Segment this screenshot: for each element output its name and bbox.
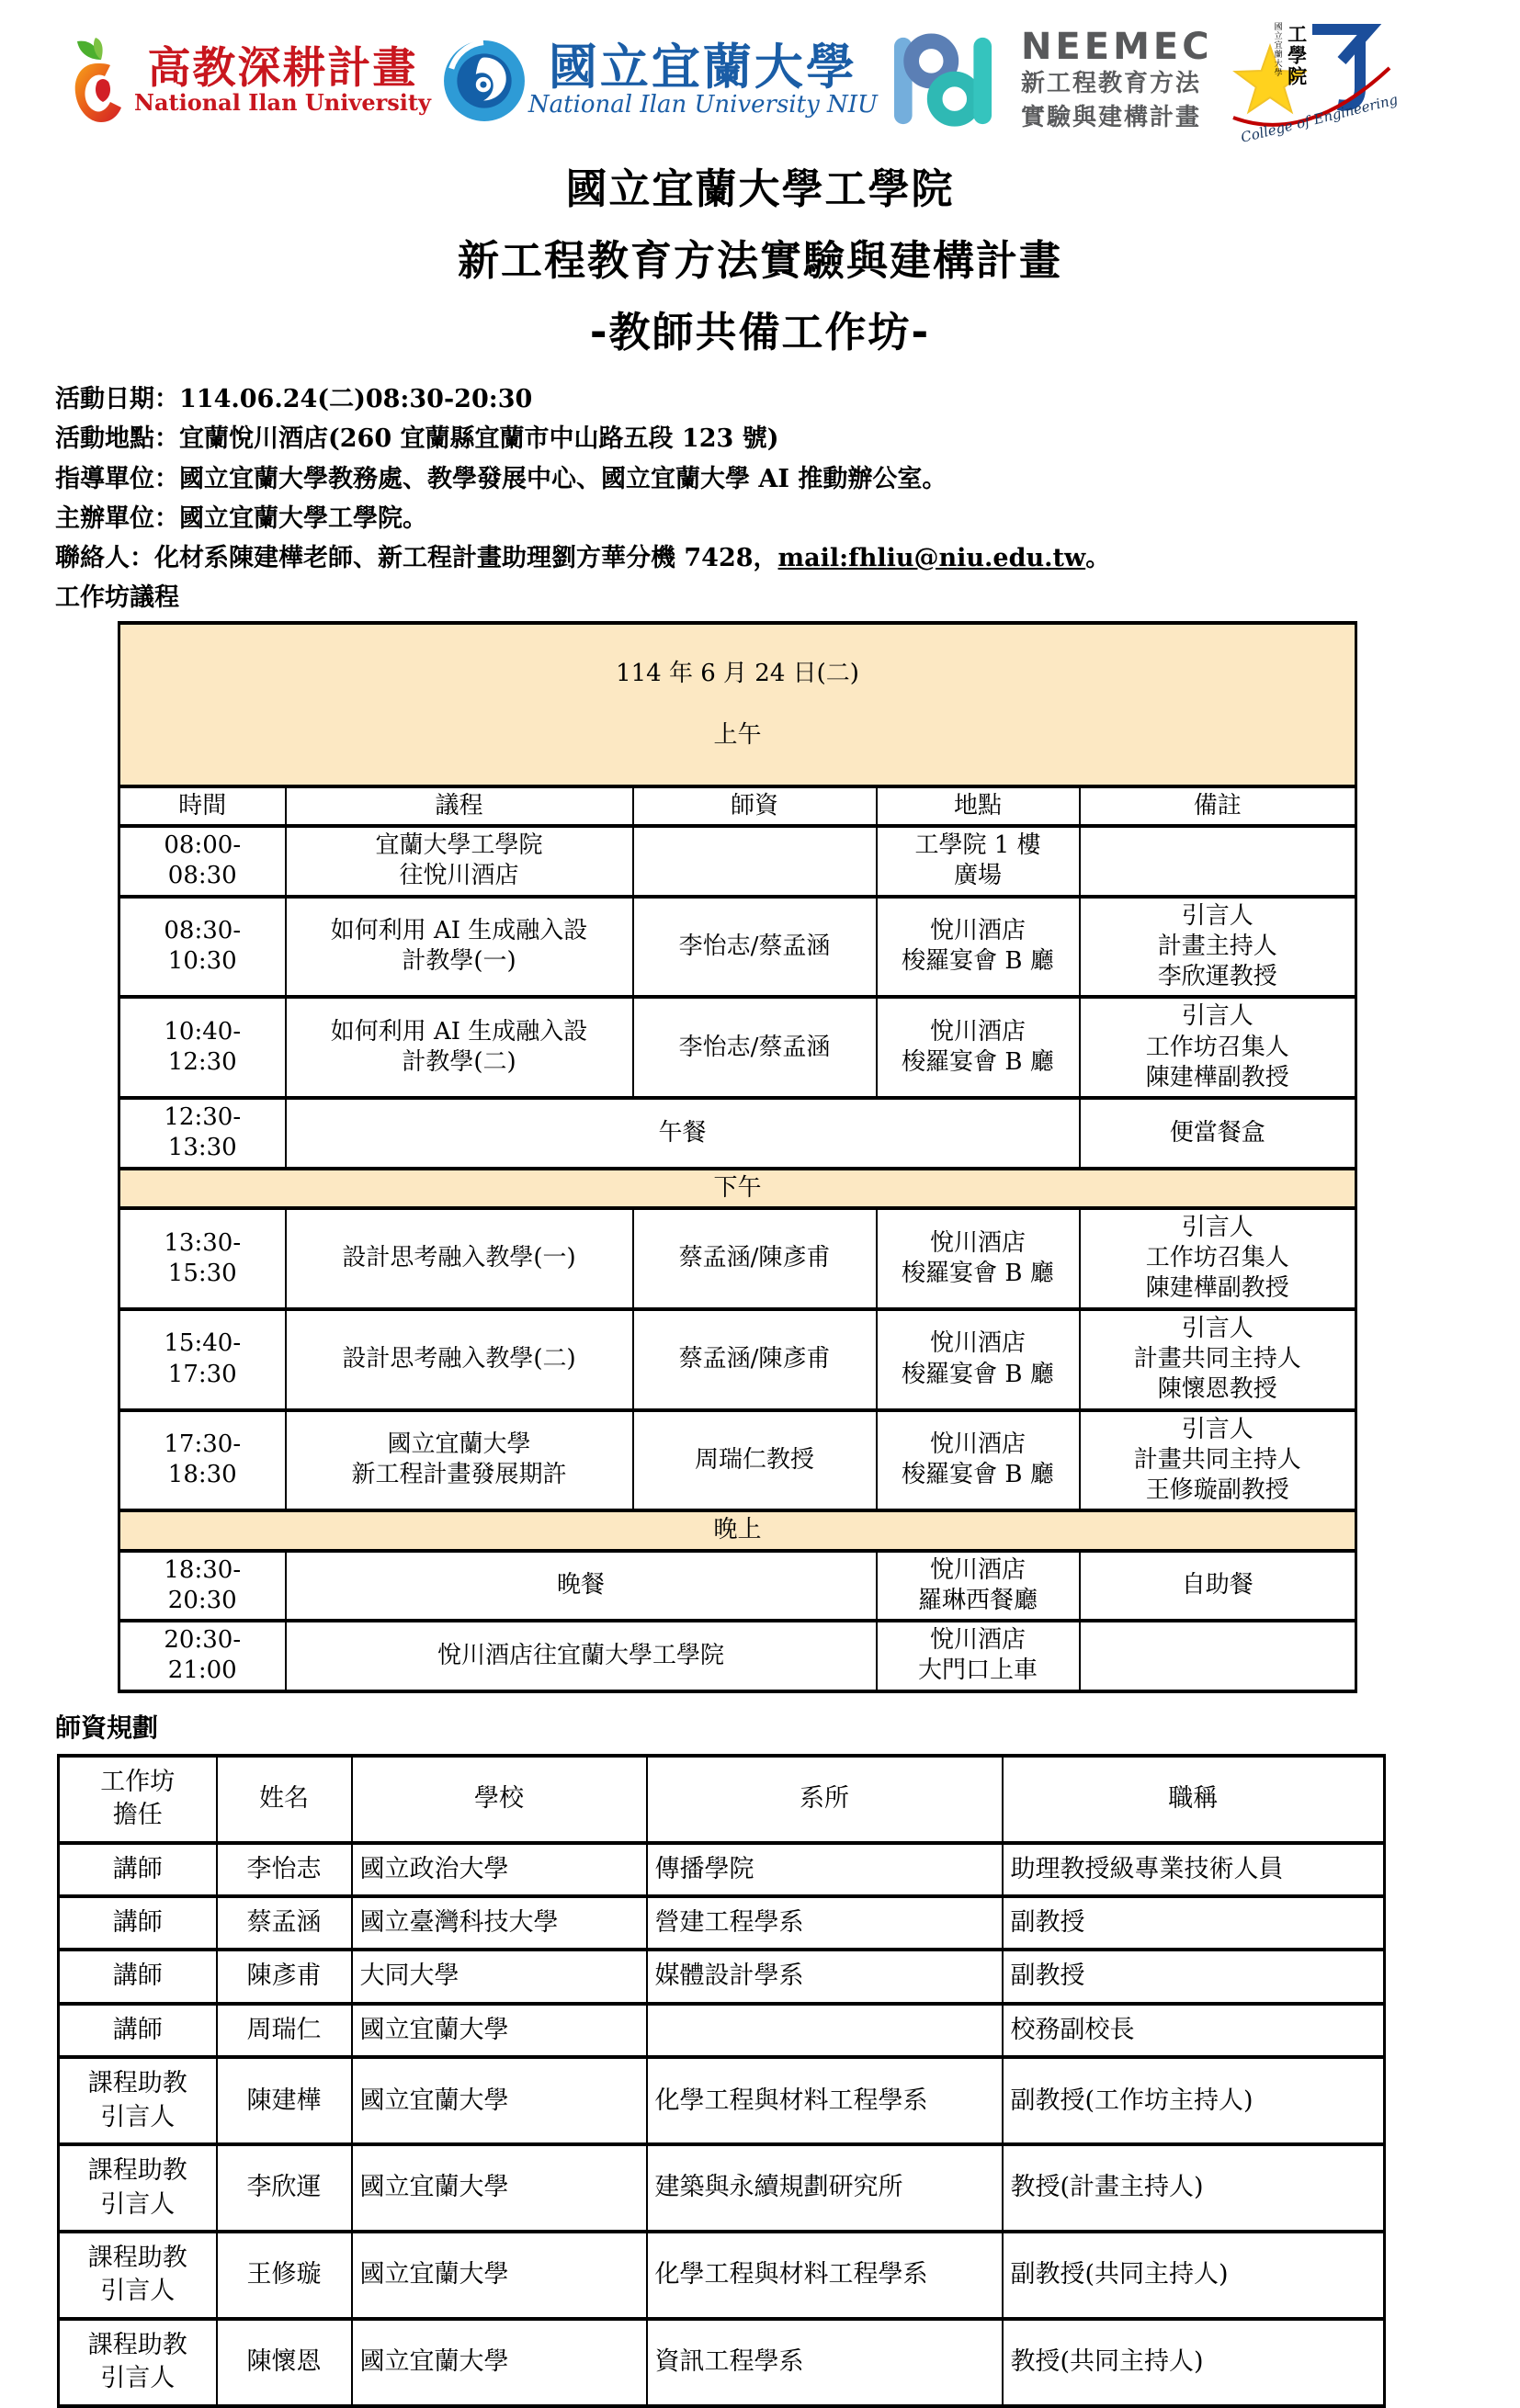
contact-suffix: 。 (1085, 544, 1110, 572)
name-cell: 蔡孟涵 (217, 1896, 352, 1950)
agenda-cell: 如何利用 AI 生成融入設 計教學(一) (286, 897, 633, 998)
faculty-row: 講師 周瑞仁 國立宜蘭大學 校務副校長 (59, 2004, 1385, 2057)
name-cell: 李怡志 (217, 1843, 352, 1896)
section-afternoon-label: 下午 (119, 1169, 1356, 1208)
document-titles: 國立宜蘭大學工學院 新工程教育方法實驗與建構計畫 -教師共備工作坊- (0, 165, 1520, 356)
venue-cell: 悅川酒店 梭羅宴會 B 廳 (877, 1309, 1080, 1410)
info-advisor: 指導單位：國立宜蘭大學教務處、教學發展中心、國立宜蘭大學 AI 推動辦公室。 (55, 459, 1465, 499)
name-cell: 王修璇 (217, 2232, 352, 2319)
doc-title-college: 國立宜蘭大學工學院 (0, 165, 1520, 213)
title-cell: 副教授(工作坊主持人) (1003, 2057, 1385, 2144)
speaker-cell: 蔡孟涵/陳彥甫 (633, 1309, 877, 1410)
pd-logo-icon (889, 30, 997, 131)
faculty-header-row: 工作坊 擔任 姓名 學校 系所 職稱 (59, 1756, 1385, 1843)
speaker-cell: 周瑞仁教授 (633, 1410, 877, 1511)
col-header-dept: 系所 (647, 1756, 1003, 1843)
schedule-row: 08:30- 10:30 如何利用 AI 生成融入設 計教學(一) 李怡志/蔡孟… (119, 897, 1356, 998)
niu-logo-title: 國立宜蘭大學 (549, 43, 857, 92)
col-header-name: 姓名 (217, 1756, 352, 1843)
col-header-time: 時間 (119, 786, 286, 826)
niu-logo: 國立宜蘭大學 National Ilan University NIU (442, 39, 878, 123)
agenda-cell: 如何利用 AI 生成融入設 計教學(二) (286, 997, 633, 1098)
name-cell: 陳建樺 (217, 2057, 352, 2144)
school-cell: 國立宜蘭大學 (352, 2144, 647, 2232)
note-cell: 引言人 工作坊召集人 陳建樺副教授 (1080, 997, 1356, 1098)
name-cell: 陳懷恩 (217, 2319, 352, 2406)
agenda-cell: 午餐 (286, 1098, 1080, 1169)
title-cell: 教授(計畫主持人) (1003, 2144, 1385, 2232)
note-cell: 自助餐 (1080, 1551, 1356, 1622)
note-cell: 引言人 計畫主持人 李欣運教授 (1080, 897, 1356, 998)
schedule-header-row: 時間 議程 師資 地點 備註 (119, 786, 1356, 826)
hep-logo-subtitle: National Ilan University (134, 91, 431, 115)
apple-icon (70, 37, 127, 125)
dept-cell: 資訊工程學系 (647, 2319, 1003, 2406)
speaker-cell (633, 826, 877, 897)
faculty-row: 講師 陳彥甫 大同大學 媒體設計學系 副教授 (59, 1950, 1385, 2003)
doc-title-program: 新工程教育方法實驗與建構計畫 (0, 237, 1520, 285)
agenda-cell: 設計思考融入教學(二) (286, 1309, 633, 1410)
time-cell: 20:30- 21:00 (119, 1621, 286, 1691)
venue-cell: 悅川酒店 梭羅宴會 B 廳 (877, 1208, 1080, 1309)
school-cell: 國立政治大學 (352, 1843, 647, 1896)
schedule-row: 17:30- 18:30 國立宜蘭大學 新工程計畫發展期許 周瑞仁教授 悅川酒店… (119, 1410, 1356, 1511)
section-morning-label: 上午 (122, 720, 1353, 752)
schedule-row: 10:40- 12:30 如何利用 AI 生成融入設 計教學(二) 李怡志/蔡孟… (119, 997, 1356, 1098)
schedule-row: 20:30- 21:00 悅川酒店往宜蘭大學工學院 悅川酒店 大門口上車 (119, 1621, 1356, 1691)
role-cell: 講師 (59, 1950, 217, 2003)
neemec-logo-line2: 實驗與建構計畫 (1021, 102, 1213, 134)
time-cell: 13:30- 15:30 (119, 1208, 286, 1309)
time-cell: 08:00- 08:30 (119, 826, 286, 897)
time-cell: 15:40- 17:30 (119, 1309, 286, 1410)
col-header-agenda: 議程 (286, 786, 633, 826)
header-logos: 高教深耕計畫 National Ilan University 國立宜蘭大學 N… (70, 20, 1520, 141)
document-page: { "header": { "hep": { "title": "高教深耕計畫"… (0, 0, 1520, 2408)
faculty-heading: 師資規劃 (55, 1708, 1520, 1745)
title-cell: 助理教授級專業技術人員 (1003, 1843, 1385, 1896)
faculty-row: 課程助教 引言人 陳建樺 國立宜蘭大學 化學工程與材料工程學系 副教授(工作坊主… (59, 2057, 1385, 2144)
venue-cell: 悅川酒店 大門口上車 (877, 1621, 1080, 1691)
schedule-date-band-row: 114 年 6 月 24 日(二) 上午 (119, 623, 1356, 786)
faculty-row: 課程助教 引言人 李欣運 國立宜蘭大學 建築與永續規劃研究所 教授(計畫主持人) (59, 2144, 1385, 2232)
agenda-heading: 工作坊議程 (55, 578, 1465, 617)
neemec-logo-line1: 新工程教育方法 (1021, 68, 1213, 100)
speaker-cell: 蔡孟涵/陳彥甫 (633, 1208, 877, 1309)
school-cell: 國立宜蘭大學 (352, 2057, 647, 2144)
schedule-section-band-row: 下午 (119, 1169, 1356, 1208)
niu-logo-text: 國立宜蘭大學 National Ilan University NIU (528, 43, 878, 119)
note-cell (1080, 826, 1356, 897)
col-header-title: 職稱 (1003, 1756, 1385, 1843)
dept-cell: 媒體設計學系 (647, 1950, 1003, 2003)
name-cell: 陳彥甫 (217, 1950, 352, 2003)
info-organizer: 主辦單位：國立宜蘭大學工學院。 (55, 499, 1465, 538)
school-cell: 大同大學 (352, 1950, 647, 2003)
venue-cell: 悅川酒店 羅琳西餐廳 (877, 1551, 1080, 1622)
contact-email-link[interactable]: mail:fhliu@niu.edu.tw (778, 544, 1086, 572)
neemec-logo: NEEMEC 新工程教育方法 實驗與建構計畫 (1021, 28, 1213, 134)
title-cell: 教授(共同主持人) (1003, 2319, 1385, 2406)
schedule-date-label: 114 年 6 月 24 日(二) (122, 659, 1353, 690)
role-cell: 課程助教 引言人 (59, 2057, 217, 2144)
schedule-row: 15:40- 17:30 設計思考融入教學(二) 蔡孟涵/陳彥甫 悅川酒店 梭羅… (119, 1309, 1356, 1410)
time-cell: 18:30- 20:30 (119, 1551, 286, 1622)
col-header-note: 備註 (1080, 786, 1356, 826)
role-cell: 課程助教 引言人 (59, 2232, 217, 2319)
title-cell: 副教授 (1003, 1896, 1385, 1950)
schedule-row: 13:30- 15:30 設計思考融入教學(一) 蔡孟涵/陳彥甫 悅川酒店 梭羅… (119, 1208, 1356, 1309)
note-cell: 引言人 計畫共同主持人 王修璇副教授 (1080, 1410, 1356, 1511)
doc-title-workshop: -教師共備工作坊- (0, 309, 1520, 356)
time-cell: 10:40- 12:30 (119, 997, 286, 1098)
role-cell: 講師 (59, 1843, 217, 1896)
venue-cell: 悅川酒店 梭羅宴會 B 廳 (877, 997, 1080, 1098)
col-header-school: 學校 (352, 1756, 647, 1843)
faculty-table: 工作坊 擔任 姓名 學校 系所 職稱 講師 李怡志 國立政治大學 傳播學院 助理… (57, 1754, 1386, 2408)
role-cell: 講師 (59, 2004, 217, 2057)
coe-college-vertical-label: 工學院 (1283, 24, 1310, 87)
note-cell: 引言人 工作坊召集人 陳建樺副教授 (1080, 1208, 1356, 1309)
faculty-row: 講師 李怡志 國立政治大學 傳播學院 助理教授級專業技術人員 (59, 1843, 1385, 1896)
dept-cell: 傳播學院 (647, 1843, 1003, 1896)
role-cell: 課程助教 引言人 (59, 2319, 217, 2406)
school-cell: 國立宜蘭大學 (352, 2319, 647, 2406)
agenda-cell: 國立宜蘭大學 新工程計畫發展期許 (286, 1410, 633, 1511)
note-cell: 引言人 計畫共同主持人 陳懷恩教授 (1080, 1309, 1356, 1410)
role-cell: 課程助教 引言人 (59, 2144, 217, 2232)
event-info: 活動日期：114.06.24(二)08:30-20:30 活動地點：宜蘭悅川酒店… (55, 379, 1465, 617)
hep-logo-title: 高教深耕計畫 (147, 46, 417, 91)
dept-cell: 化學工程與材料工程學系 (647, 2057, 1003, 2144)
hep-logo-text: 高教深耕計畫 National Ilan University (134, 46, 431, 116)
venue-cell: 悅川酒店 梭羅宴會 B 廳 (877, 1410, 1080, 1511)
col-header-venue: 地點 (877, 786, 1080, 826)
speaker-cell: 李怡志/蔡孟涵 (633, 997, 877, 1098)
contact-prefix: 聯絡人：化材系陳建樺老師、新工程計畫助理劉方華分機 7428， (55, 544, 778, 572)
section-evening-label: 晚上 (119, 1510, 1356, 1550)
neemec-logo-name: NEEMEC (1021, 28, 1213, 66)
name-cell: 周瑞仁 (217, 2004, 352, 2057)
school-cell: 國立宜蘭大學 (352, 2004, 647, 2057)
role-cell: 講師 (59, 1896, 217, 1950)
schedule-row: 08:00- 08:30 宜蘭大學工學院 往悅川酒店 工學院 1 樓 廣場 (119, 826, 1356, 897)
dept-cell: 化學工程與材料工程學系 (647, 2232, 1003, 2319)
schedule-row: 18:30- 20:30 晚餐 悅川酒店 羅琳西餐廳 自助餐 (119, 1551, 1356, 1622)
dept-cell (647, 2004, 1003, 2057)
venue-cell: 悅川酒店 梭羅宴會 B 廳 (877, 897, 1080, 998)
dept-cell: 營建工程學系 (647, 1896, 1003, 1950)
faculty-row: 課程助教 引言人 陳懷恩 國立宜蘭大學 資訊工程學系 教授(共同主持人) (59, 2319, 1385, 2406)
note-cell (1080, 1621, 1356, 1691)
title-cell: 副教授 (1003, 1950, 1385, 2003)
note-cell: 便當餐盒 (1080, 1098, 1356, 1169)
dept-cell: 建築與永續規劃研究所 (647, 2144, 1003, 2232)
speaker-cell: 李怡志/蔡孟涵 (633, 897, 877, 998)
title-cell: 校務副校長 (1003, 2004, 1385, 2057)
agenda-cell: 悅川酒店往宜蘭大學工學院 (286, 1621, 877, 1691)
info-contact: 聯絡人：化材系陳建樺老師、新工程計畫助理劉方華分機 7428，mail:fhli… (55, 538, 1465, 578)
niu-swirl-icon (442, 39, 527, 123)
time-cell: 12:30- 13:30 (119, 1098, 286, 1169)
title-cell: 副教授(共同主持人) (1003, 2232, 1385, 2319)
faculty-row: 講師 蔡孟涵 國立臺灣科技大學 營建工程學系 副教授 (59, 1896, 1385, 1950)
col-header-speaker: 師資 (633, 786, 877, 826)
agenda-cell: 宜蘭大學工學院 往悅川酒店 (286, 826, 633, 897)
info-venue: 活動地點：宜蘭悅川酒店(260 宜蘭縣宜蘭市中山路五段 123 號) (55, 419, 1465, 458)
faculty-row: 課程助教 引言人 王修璇 國立宜蘭大學 化學工程與材料工程學系 副教授(共同主持… (59, 2232, 1385, 2319)
schedule-table: 114 年 6 月 24 日(二) 上午 時間 議程 師資 地點 備註 08:0… (118, 621, 1357, 1692)
schedule-date-band: 114 年 6 月 24 日(二) 上午 (119, 623, 1356, 786)
agenda-cell: 設計思考融入教學(一) (286, 1208, 633, 1309)
niu-logo-subtitle: National Ilan University NIU (528, 92, 878, 119)
name-cell: 李欣運 (217, 2144, 352, 2232)
time-cell: 08:30- 10:30 (119, 897, 286, 998)
agenda-cell: 晚餐 (286, 1551, 877, 1622)
schedule-row: 12:30- 13:30 午餐 便當餐盒 (119, 1098, 1356, 1169)
engineering-college-logo: 國立宜蘭大學 工學院 College of Engineering (1224, 20, 1399, 141)
col-header-role: 工作坊 擔任 (59, 1756, 217, 1843)
hep-logo: 高教深耕計畫 National Ilan University (70, 37, 431, 125)
info-date: 活動日期：114.06.24(二)08:30-20:30 (55, 379, 1465, 419)
schedule-section-band-row: 晚上 (119, 1510, 1356, 1550)
school-cell: 國立宜蘭大學 (352, 2232, 647, 2319)
school-cell: 國立臺灣科技大學 (352, 1896, 647, 1950)
venue-cell: 工學院 1 樓 廣場 (877, 826, 1080, 897)
time-cell: 17:30- 18:30 (119, 1410, 286, 1511)
